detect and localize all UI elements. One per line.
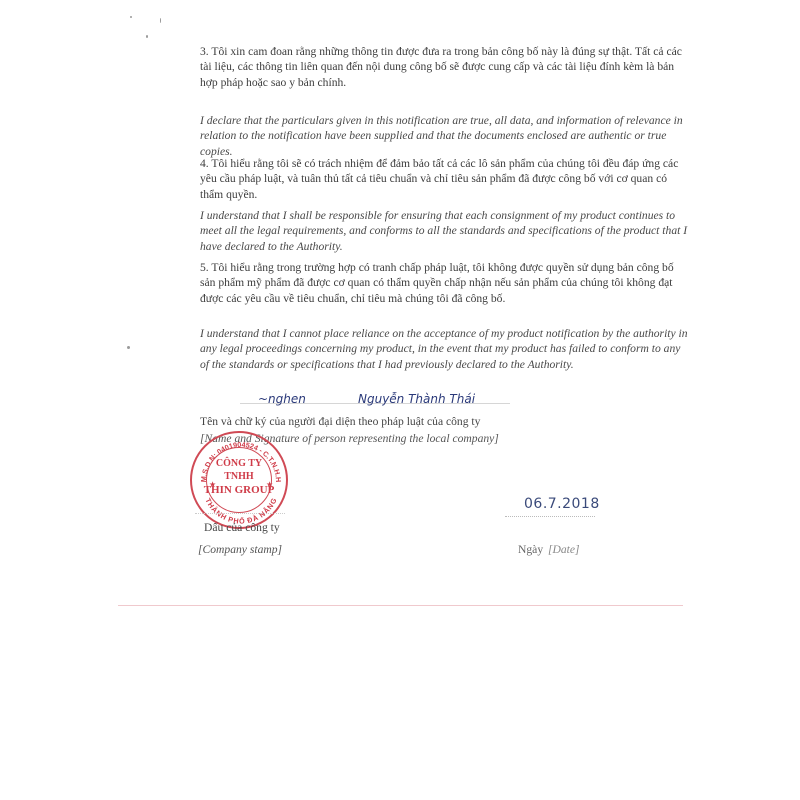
date-dotted-line	[505, 516, 595, 517]
stamp-dotted-line	[195, 513, 285, 514]
footer-rule	[118, 605, 683, 606]
scan-speck	[160, 18, 161, 23]
scan-speck	[146, 35, 148, 38]
signature-label-vi: Tên và chữ ký của người đại diện theo ph…	[200, 415, 480, 428]
stamp-line-3: THIN GROUP	[192, 484, 286, 496]
clause-3-vietnamese: 3. Tôi xin cam đoan rằng những thông tin…	[200, 44, 690, 90]
clause-4-english: I understand that I shall be responsible…	[200, 208, 690, 254]
scan-speck	[130, 16, 132, 18]
scan-speck	[127, 346, 130, 349]
clause-4-vietnamese: 4. Tôi hiểu rằng tôi sẽ có trách nhiệm đ…	[200, 156, 690, 202]
company-stamp: M.S.D.N: 0401904524 - C.T.N.H.H THÀNH PH…	[190, 431, 288, 529]
date-label-en: [Date]	[548, 543, 580, 556]
clause-3-english: I declare that the particulars given in …	[200, 113, 690, 159]
clause-5-vietnamese: 5. Tôi hiểu rằng trong trường hợp có tra…	[200, 260, 690, 306]
signature-mark: ~nghen	[258, 392, 306, 406]
clause-5-english: I understand that I cannot place relianc…	[200, 326, 690, 372]
signature-name: Nguyễn Thành Thái	[358, 392, 475, 406]
stamp-line-2: TNHH	[192, 471, 286, 482]
date-label-vi: Ngày	[518, 543, 543, 556]
stamp-line-1: CÔNG TY	[192, 458, 286, 469]
stamp-label-vi: Dấu của công ty	[204, 521, 280, 534]
stamp-label-en: [Company stamp]	[198, 543, 282, 556]
document-page: 3. Tôi xin cam đoan rằng những thông tin…	[0, 0, 800, 800]
date-handwritten: 06.7.2018	[524, 496, 600, 512]
